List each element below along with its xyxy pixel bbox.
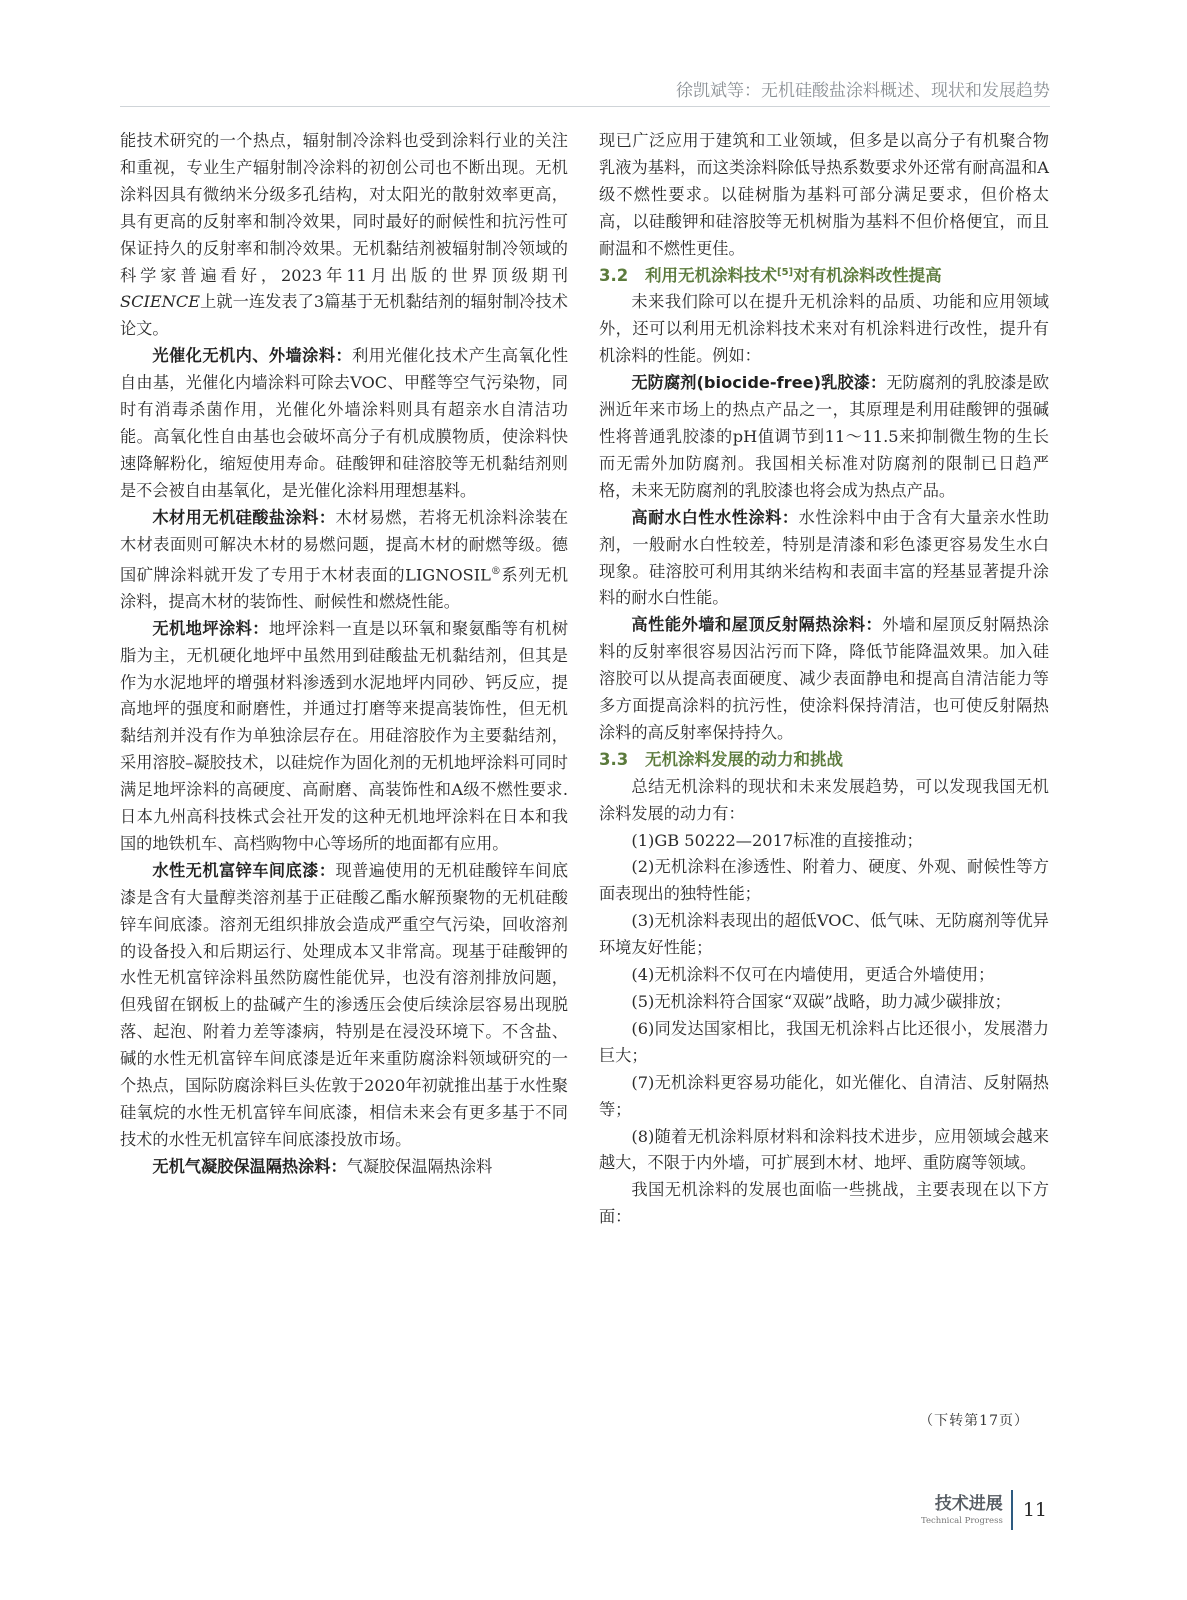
- running-header: 徐凯斌等：无机硅酸盐涂料概述、现状和发展趋势: [120, 80, 1050, 107]
- driver-item: (6)同发达国家相比，我国无机涂料占比还很小，发展潜力巨大；: [599, 1016, 1049, 1070]
- driver-item: (8)随着无机涂料原材料和涂料技术进步，应用领域会越来越大，不限于内外墙，可扩展…: [599, 1124, 1049, 1178]
- paragraph-lead: 无机气凝胶保温隔热涂料：: [152, 1157, 346, 1176]
- continued-note: （下转第17页）: [919, 1410, 1029, 1430]
- paragraph-zinc-primer: 水性无机富锌车间底漆：现普遍使用的无机硅酸锌车间底漆是含有大量醇类溶剂基于正硅酸…: [120, 858, 568, 1154]
- driver-item: (7)无机涂料更容易功能化，如光催化、自清洁、反射隔热等；: [599, 1070, 1049, 1124]
- driver-item: (2)无机涂料在渗透性、附着力、硬度、外观、耐候性等方面表现出的独特性能；: [599, 854, 1049, 908]
- paragraph-reflective: 高性能外墙和屋顶反射隔热涂料：外墙和屋顶反射隔热涂料的反射率很容易因沾污而下降，…: [599, 612, 1049, 747]
- left-column: 能技术研究的一个热点，辐射制冷涂料也受到涂料行业的关注和重视，专业生产辐射制冷涂…: [120, 128, 568, 1181]
- paragraph-lead: 木材用无机硅酸盐涂料：: [152, 508, 335, 527]
- paragraph: 能技术研究的一个热点，辐射制冷涂料也受到涂料行业的关注和重视，专业生产辐射制冷涂…: [120, 128, 568, 343]
- paragraph: 总结无机涂料的现状和未来发展趋势，可以发现我国无机涂料发展的动力有：: [599, 774, 1049, 828]
- brand-cn: 技术进展: [921, 1493, 1003, 1515]
- paragraph-lead: 高耐水白性水性涂料：: [631, 508, 798, 527]
- section-heading-3-2: 3.2利用无机涂料技术[5]对有机涂料改性提高: [599, 263, 1049, 290]
- journal-name: SCIENCE: [120, 292, 200, 311]
- paragraph-lead: 高性能外墙和屋顶反射隔热涂料：: [631, 615, 882, 634]
- paragraph-lead: 光催化无机内、外墙涂料：: [152, 346, 352, 365]
- brand-en: Technical Progress: [921, 1515, 1003, 1527]
- paragraph-biocide-free: 无防腐剂(biocide-free)乳胶漆：无防腐剂的乳胶漆是欧洲近年来市场上的…: [599, 370, 1049, 505]
- paragraph: 未来我们除可以在提升无机涂料的品质、功能和应用领域外，还可以利用无机涂料技术来对…: [599, 289, 1049, 370]
- paragraph: 我国无机涂料的发展也面临一些挑战，主要表现在以下方面：: [599, 1177, 1049, 1231]
- registered-mark: ®: [491, 566, 501, 577]
- right-column: 现已广泛应用于建筑和工业领域，但多是以高分子有机聚合物乳液为基料，而这类涂料除低…: [599, 128, 1049, 1231]
- paragraph-lead: 无防腐剂(biocide-free)乳胶漆：: [631, 373, 886, 392]
- driver-item: (3)无机涂料表现出的超低VOC、低气味、无防腐剂等优异环境友好性能；: [599, 908, 1049, 962]
- journal-section-brand: 技术进展 Technical Progress: [921, 1493, 1003, 1527]
- page-number: 11: [1023, 1499, 1047, 1521]
- paragraph-water-whitening: 高耐水白性水性涂料：水性涂料中由于含有大量亲水性助剂，一般耐水白性较差，特别是清…: [599, 505, 1049, 613]
- driver-item: (1)GB 50222—2017标准的直接推动；: [599, 828, 1049, 855]
- driver-item: (4)无机涂料不仅可在内墙使用，更适合外墙使用；: [599, 962, 1049, 989]
- paragraph: 现已广泛应用于建筑和工业领域，但多是以高分子有机聚合物乳液为基料，而这类涂料除低…: [599, 128, 1049, 263]
- citation-ref: [5]: [777, 267, 793, 278]
- paragraph-floor-coating: 无机地坪涂料：地坪涂料一直是以环氧和聚氨酯等有机树脂为主，无机硬化地坪中虽然用到…: [120, 616, 568, 858]
- paragraph-aerogel: 无机气凝胶保温隔热涂料：气凝胶保温隔热涂料: [120, 1154, 568, 1181]
- running-title: 徐凯斌等：无机硅酸盐涂料概述、现状和发展趋势: [676, 81, 1050, 101]
- paragraph-lead: 水性无机富锌车间底漆：: [152, 861, 335, 880]
- page-footer: 技术进展 Technical Progress 11: [921, 1488, 1047, 1532]
- paragraph-photocatalytic: 光催化无机内、外墙涂料：利用光催化技术产生高氧化性自由基，光催化内墙涂料可除去V…: [120, 343, 568, 504]
- driver-item: (5)无机涂料符合国家“双碳”战略，助力减少碳排放；: [599, 989, 1049, 1016]
- paragraph-lead: 无机地坪涂料：: [152, 619, 269, 638]
- section-heading-3-3: 3.3无机涂料发展的动力和挑战: [599, 747, 1049, 774]
- footer-divider: [1011, 1490, 1013, 1530]
- paragraph-wood-coating: 木材用无机硅酸盐涂料：木材易燃，若将无机涂料涂装在木材表面则可解决木材的易燃问题…: [120, 505, 568, 616]
